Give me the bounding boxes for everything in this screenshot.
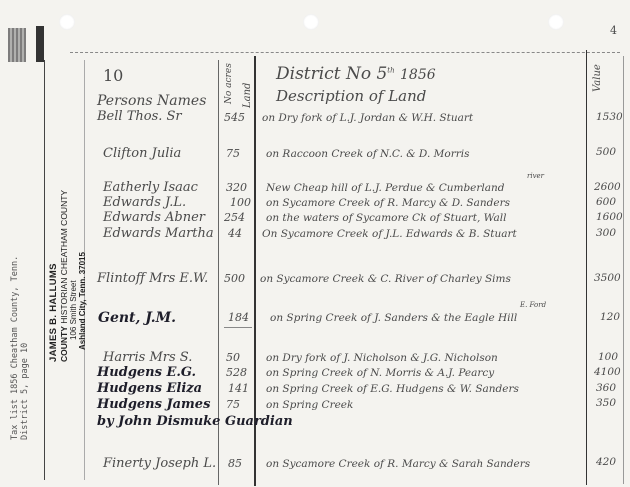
row-description-insert: river [527, 172, 544, 180]
corner-scan-mark [4, 24, 46, 62]
row-value: 420 [596, 456, 616, 468]
row-acres: 75 [226, 147, 240, 160]
row-name: Eatherly Isaac [103, 180, 198, 195]
column-header-acres: No acres [224, 63, 234, 104]
row-description: on Sycamore Creek of R. Marcy & Sarah Sa… [266, 458, 530, 470]
value-left-rule [586, 50, 587, 485]
typed-note-line2: District 5, page 10 [20, 256, 30, 440]
row-name: Bell Thos. Sr [97, 109, 182, 124]
typed-archive-note: Tax list 1856 Cheatham County, Tenn. Dis… [10, 256, 30, 440]
row-value: 360 [596, 382, 616, 394]
column-header-value: Value [592, 64, 603, 92]
district-label: District No 5 [276, 64, 387, 84]
acres-underline [224, 327, 252, 328]
row-description: New Cheap hill of L.J. Perdue & Cumberla… [266, 182, 505, 194]
row-description-insert: E. Ford [520, 301, 546, 309]
page-number: 10 [103, 66, 123, 85]
typed-note-line1: Tax list 1856 Cheatham County, Tenn. [10, 256, 20, 440]
row-value: 500 [596, 146, 616, 158]
row-value: 1530 [596, 111, 623, 123]
row-name: Hudgens E.G. [97, 365, 196, 380]
row-acres: 85 [228, 457, 242, 470]
district-title: District No 5th 1856 [276, 64, 436, 84]
row-description: on Raccoon Creek of N.C. & D. Morris [266, 148, 470, 160]
stamp-org-prefix: COUNTY [59, 326, 69, 362]
column-header-land: Land [242, 83, 253, 108]
column-header-names: Persons Names [97, 93, 206, 109]
corner-number: 4 [610, 24, 617, 37]
row-description: on Dry fork of J. Nicholson & J.G. Nicho… [266, 352, 498, 364]
row-acres: 320 [226, 181, 247, 194]
row-name: Clifton Julia [103, 146, 181, 161]
row-value: 120 [600, 311, 620, 323]
column-header-description: Description of Land [276, 87, 426, 105]
row-description: on Dry fork of L.J. Jordan & W.H. Stuart [262, 112, 473, 124]
row-value: 600 [596, 196, 616, 208]
row-name: Edwards Martha [103, 226, 214, 241]
row-acres: 500 [224, 272, 245, 285]
guardian-note: by John Dismuke Guardian [97, 414, 293, 429]
row-value: 2600 [594, 181, 621, 193]
row-description: on Spring Creek of J. Sanders & the Eagl… [270, 312, 517, 324]
row-name: Edwards J.L. [103, 195, 186, 210]
district-ordinal: th [387, 66, 394, 74]
row-acres: 545 [224, 111, 245, 124]
row-description: On Sycamore Creek of J.L. Edwards & B. S… [262, 228, 517, 240]
row-value: 3500 [594, 272, 621, 284]
stamp-city: Ashland City, Tenn. 37015 [78, 190, 87, 362]
stamp-name: JAMES B. HALLUMS [48, 190, 59, 362]
row-value: 4100 [594, 366, 621, 378]
row-name: Edwards Abner [103, 210, 205, 225]
row-value: 100 [598, 351, 618, 363]
historian-stamp: JAMES B. HALLUMS COUNTY HISTORIAN CHEATH… [48, 190, 87, 362]
punch-hole-right [548, 14, 564, 30]
stamp-org: COUNTY HISTORIAN CHEATHAM COUNTY [59, 190, 69, 362]
row-acres: 528 [226, 366, 247, 379]
row-description: on Spring Creek of N. Morris & A.J. Pear… [266, 367, 494, 379]
row-name: Finerty Joseph L. [103, 456, 216, 471]
row-value: 350 [596, 397, 616, 409]
row-acres: 100 [230, 196, 251, 209]
row-acres: 50 [226, 351, 240, 364]
stamp-street: 106 Smith Street [69, 190, 78, 362]
row-name: Hudgens James [97, 397, 210, 412]
row-acres: 184 [228, 311, 249, 324]
ledger-page: 4 10 District No 5th 1856 Persons Names … [0, 0, 630, 487]
row-value: 1600 [596, 211, 623, 223]
value-right-rule [623, 56, 624, 484]
row-description: on Sycamore Creek & C. River of Charley … [260, 273, 511, 285]
punch-hole-left [59, 14, 75, 30]
row-description: on the waters of Sycamore Ck of Stuart, … [266, 212, 507, 224]
row-name: Harris Mrs S. [103, 350, 192, 365]
row-description: on Sycamore Creek of R. Marcy & D. Sande… [266, 197, 510, 209]
row-name: Gent, J.M. [98, 310, 176, 326]
row-acres: 254 [224, 211, 245, 224]
left-margin-rule [44, 60, 45, 480]
top-rule [70, 52, 620, 53]
row-acres: 75 [226, 398, 240, 411]
row-name: Hudgens Eliza [97, 381, 202, 396]
row-description: on Spring Creek [266, 399, 353, 411]
punch-hole-center [303, 14, 319, 30]
row-description: on Spring Creek of E.G. Hudgens & W. San… [266, 383, 519, 395]
row-value: 300 [596, 227, 616, 239]
row-name: Flintoff Mrs E.W. [97, 271, 208, 286]
row-acres: 44 [228, 227, 242, 240]
district-year: 1856 [400, 67, 436, 83]
row-acres: 141 [228, 382, 249, 395]
